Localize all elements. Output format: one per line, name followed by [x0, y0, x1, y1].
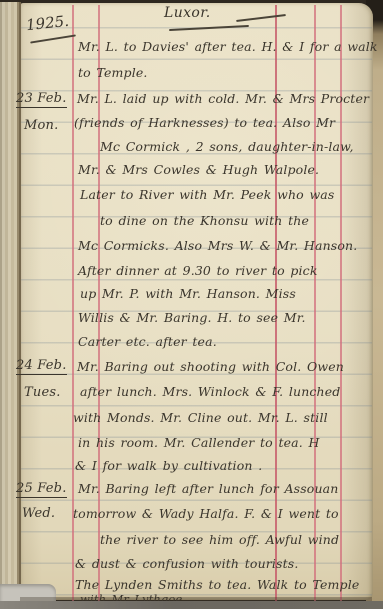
diary-line: Mr. Baring left after lunch for Assouan: [78, 482, 338, 496]
entry-date: 24 Feb.: [16, 358, 67, 375]
diary-line: with Monds. Mr. Cline out. Mr. L. still: [73, 411, 328, 425]
location-heading: Luxor.: [164, 5, 211, 21]
diary-line: Mr. L. laid up with cold. Mr. & Mrs Proc…: [77, 92, 369, 106]
diary-line: Mr. L. to Davies' after tea. H. & I for …: [78, 40, 378, 54]
diary-line: Carter etc. after tea.: [78, 335, 217, 349]
diary-line: to Temple.: [78, 66, 148, 80]
diary-line: to dine on the Khonsu with the: [100, 214, 309, 228]
photo-bottom-edge: [0, 601, 383, 609]
diary-line: & dust & confusion with tourists.: [75, 557, 298, 571]
entry-date: 23 Feb.: [16, 91, 67, 108]
diary-line: after lunch. Mrs. Winlock & F. lunched: [80, 385, 340, 399]
diary-line: up Mr. P. with Mr. Hanson. Miss: [80, 287, 296, 301]
diary-line: tomorrow & Wady Halfa. F. & I went to: [73, 507, 339, 521]
entry-day: Wed.: [22, 506, 55, 521]
diary-line: The Lynden Smiths to tea. Walk to Temple: [75, 578, 359, 592]
diary-line: Willis & Mr. Baring. H. to see Mr.: [78, 311, 306, 325]
diary-line: Mc Cormick , 2 sons, daughter-in-law,: [100, 140, 354, 154]
diary-line: (friends of Harknesses) to tea. Also Mr: [74, 116, 335, 130]
diary-line: in his room. Mr. Callender to tea. H: [78, 436, 320, 450]
diary-page-photo: 1925. Luxor. 23 Feb. Mon. 24 Feb. Tues. …: [0, 0, 383, 609]
entry-day: Tues.: [24, 385, 61, 400]
diary-line: & I for walk by cultivation .: [75, 459, 262, 473]
diary-line: Mr. Baring out shooting with Col. Owen: [77, 360, 344, 374]
diary-line: Mc Cormicks. Also Mrs W. & Mr. Hanson.: [78, 239, 357, 253]
entry-date: 25 Feb.: [16, 481, 67, 498]
diary-line: After dinner at 9.30 to river to pick: [78, 264, 318, 278]
diary-line: the river to see him off. Awful wind: [100, 533, 339, 547]
diary-line: Later to River with Mr. Peek who was: [80, 188, 334, 202]
entry-day: Mon.: [24, 118, 58, 133]
diary-line: Mr. & Mrs Cowles & Hugh Walpole.: [78, 163, 319, 177]
